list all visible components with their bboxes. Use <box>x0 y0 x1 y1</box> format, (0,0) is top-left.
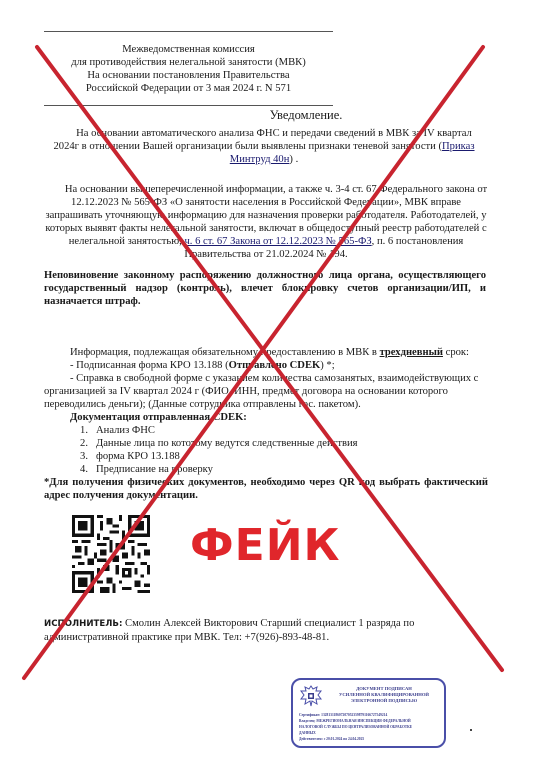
header-line: Российской Федерации от 3 мая 2024 г. N … <box>44 82 333 95</box>
list-item: 4.Предписание на проверку <box>44 463 488 476</box>
paragraph-tail: ) . <box>289 154 298 165</box>
docs-list: 1.Анализ ФНС 2.Данные лица по кототому в… <box>44 424 488 476</box>
document-page: Межведомственная комиссия для противодей… <box>0 0 537 760</box>
list-item: 3.форма КРО 13.188 <box>44 450 488 463</box>
stamp-heading-line: ЭЛЕКТРОННОЙ ПОДПИСЬЮ <box>327 698 441 704</box>
docs-title: Документация отправленная CDEK: <box>44 411 488 424</box>
header-line: На основании постановления Правительства <box>44 69 333 82</box>
list-number: 3. <box>74 450 88 463</box>
list-text: форма КРО 13.188 <box>74 451 180 462</box>
document-title: Уведомление. <box>0 108 537 123</box>
item-bold: Отправлено CDEK <box>229 360 321 371</box>
intro-suffix: срок: <box>443 347 469 358</box>
info-section: Информация, подлежащая обязательному пре… <box>44 346 488 502</box>
paragraph-text: На основании автоматического анализа ФНС… <box>53 128 471 152</box>
item-text: - Подписанная форма КРО 13.188 ( <box>70 360 229 371</box>
list-text: Данные лица по кототому ведутся следстве… <box>74 438 358 449</box>
qr-note: *Для получения физических документов, не… <box>44 476 488 502</box>
paragraph-legal-basis: На основании вышеперечисленной информаци… <box>42 183 490 261</box>
stray-mark <box>470 729 472 731</box>
issuer-header: Межведомственная комиссия для противодей… <box>44 31 333 106</box>
deadline-emphasis: трехдневный <box>380 347 443 358</box>
qr-code-icon[interactable] <box>72 513 150 595</box>
item-suffix: ) *; <box>320 360 334 371</box>
list-number: 1. <box>74 424 88 437</box>
coat-of-arms-icon <box>299 684 323 708</box>
info-item-form: - Подписанная форма КРО 13.188 (Отправле… <box>44 359 488 372</box>
list-text: Предписание на проверку <box>74 464 213 475</box>
item-text: - Справка в свободной форме с указанием … <box>44 373 478 410</box>
list-item: 1.Анализ ФНС <box>44 424 488 437</box>
paragraph-analysis: На основании автоматического анализа ФНС… <box>50 127 478 166</box>
warning-paragraph: Неповиновение законному распоряжению дол… <box>44 269 486 308</box>
executor-info: ИСПОЛНИТЕЛЬ: Смолин Алексей Викторович С… <box>44 617 492 644</box>
e-signature-stamp: ДОКУМЕНТ ПОДПИСАН УСИЛЕННОЙ КВАЛИФИЦИРОВ… <box>291 678 446 748</box>
list-number: 4. <box>74 463 88 476</box>
stamp-validity: Действителен: с 20.01.2024 по 24.04.2025 <box>299 736 441 742</box>
info-intro: Информация, подлежащая обязательному пре… <box>44 346 488 359</box>
stamp-heading: ДОКУМЕНТ ПОДПИСАН УСИЛЕННОЙ КВАЛИФИЦИРОВ… <box>327 686 441 704</box>
list-item: 2.Данные лица по кототому ведутся следст… <box>44 437 488 450</box>
stamp-details: Сертификат: 1328131186072070523598791166… <box>299 712 441 742</box>
list-number: 2. <box>74 437 88 450</box>
fake-label: ФЕЙК <box>190 520 340 571</box>
executor-label: ИСПОЛНИТЕЛЬ: <box>44 619 122 629</box>
intro-text: Информация, подлежащая обязательному пре… <box>70 347 380 358</box>
header-line: Межведомственная комиссия <box>44 43 333 56</box>
law-link[interactable]: ч. 6 ст. 67 Закона от 12.12.2023 № 565-Ф… <box>184 236 371 247</box>
info-item-certificate: - Справка в свободной форме с указанием … <box>44 372 488 411</box>
header-line: для противодействия нелегальной занятост… <box>44 56 333 69</box>
